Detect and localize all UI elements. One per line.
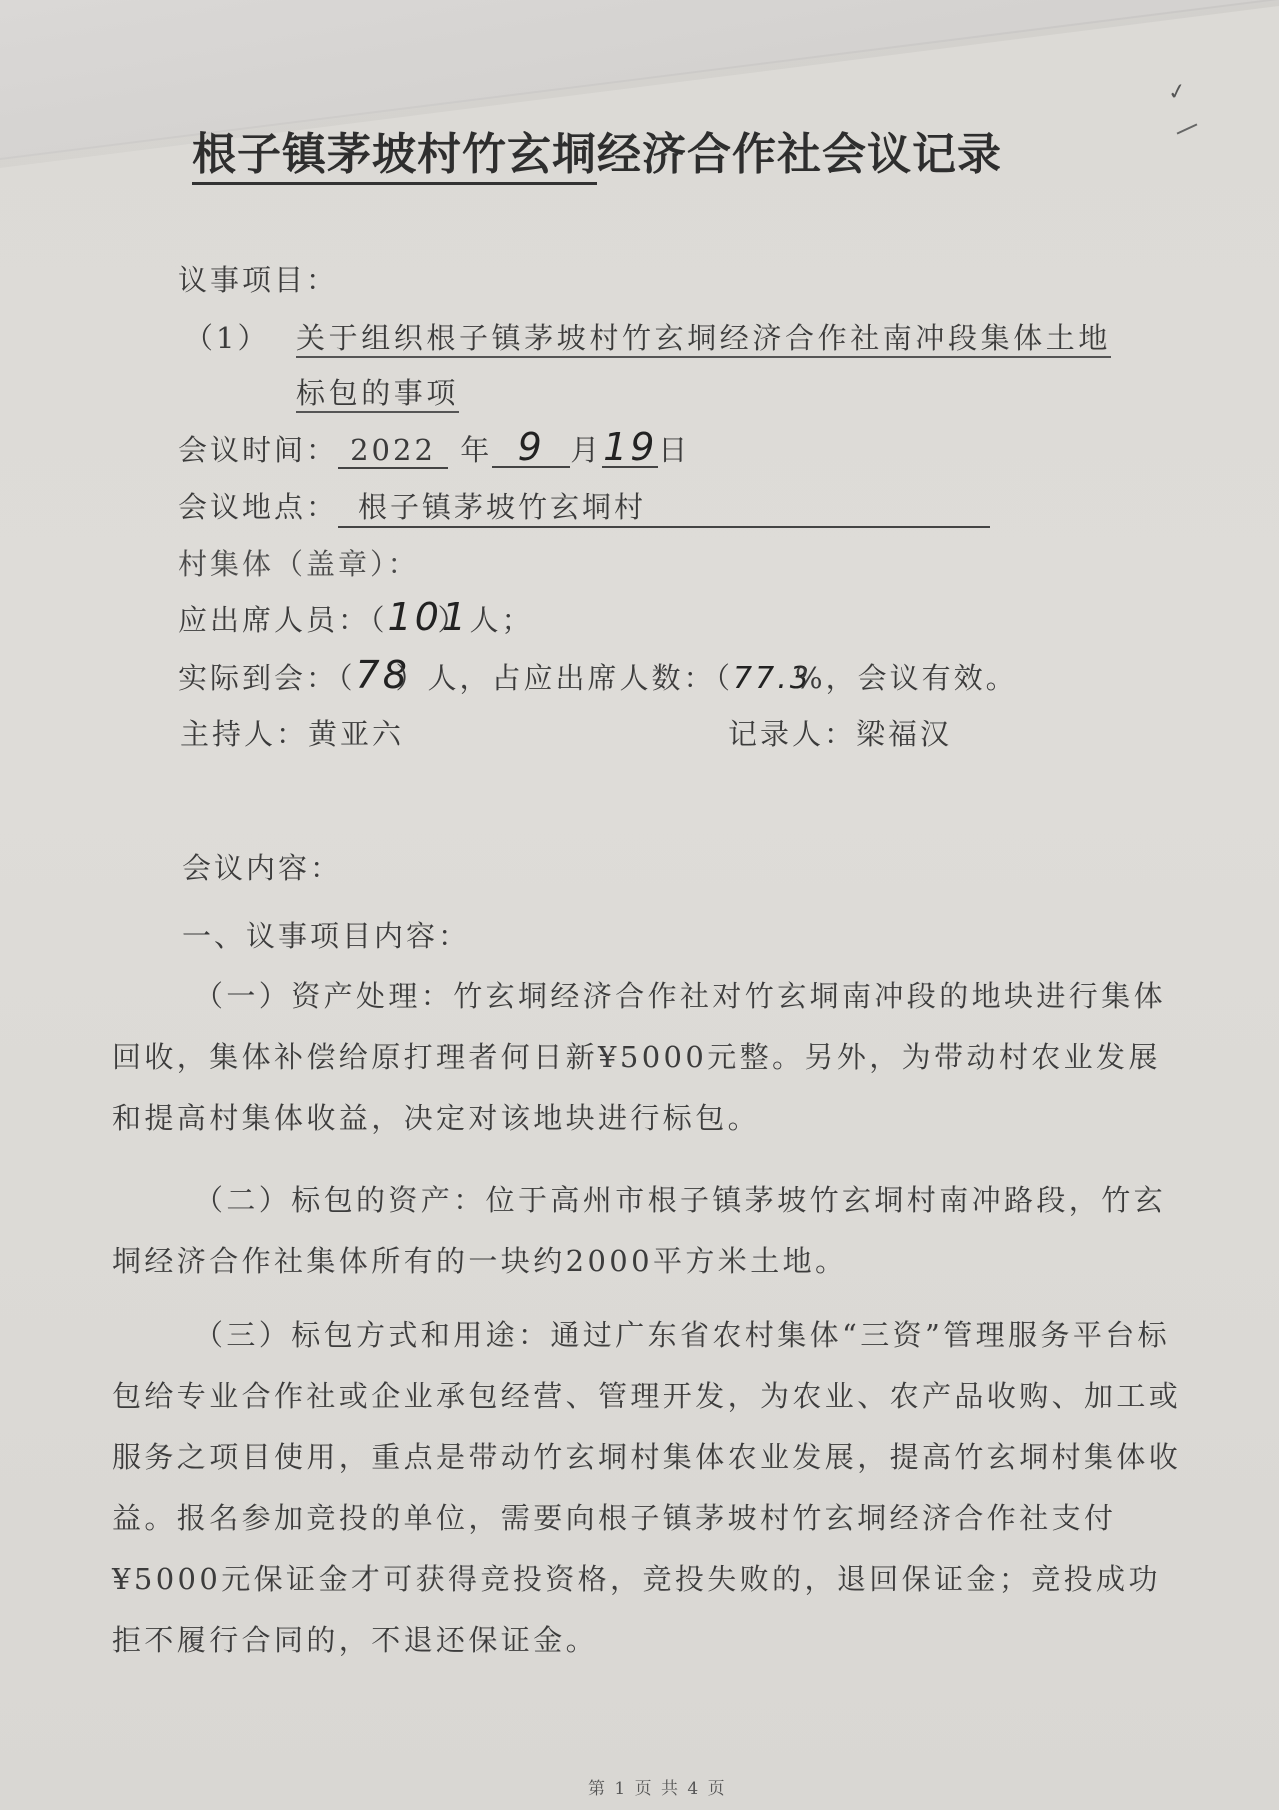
recorder-label: 记录人： xyxy=(728,717,856,751)
page-number: 第 1 页 共 4 页 xyxy=(588,1774,727,1799)
meeting-place-row: 会议地点：根子镇茅坡竹玄垌村 xyxy=(178,485,990,528)
month-unit: 月 xyxy=(570,433,602,467)
paragraph-asset-disposal: （一）资产处理：竹玄垌经济合作社对竹玄垌南冲段的地块进行集体回收，集体补偿给原打… xyxy=(112,966,1192,1149)
collective-seal-label: 村集体（盖章）： xyxy=(178,542,420,583)
document-page: ✓ 根子镇茅坡村竹玄垌经济合作社会议记录 议事项目： （1） 关于组织根子镇茅坡… xyxy=(0,0,1279,1810)
title-underlined-part: 根子镇茅坡村竹玄垌 xyxy=(192,129,597,185)
meeting-month: 9 xyxy=(492,428,570,468)
host-label: 主持人： xyxy=(180,717,308,751)
actual-label: 实际到会：（ xyxy=(178,661,356,695)
meeting-place: 根子镇茅坡竹玄垌村 xyxy=(338,485,990,528)
document-title: 根子镇茅坡村竹玄垌经济合作社会议记录 xyxy=(192,118,1002,182)
actual-suffix: ）人，占应出席人数：（ xyxy=(396,661,734,695)
expected-attendees-row: 应出席人员：（101）人； xyxy=(178,598,534,639)
host-row: 主持人：黄亚六 xyxy=(180,712,404,753)
recorder-name: 梁福汉 xyxy=(856,717,952,751)
host-name: 黄亚六 xyxy=(308,717,404,751)
paragraph-bid-asset: （二）标包的资产：位于高州市根子镇茅坡竹玄垌村南冲路段，竹玄垌经济合作社集体所有… xyxy=(112,1170,1192,1292)
meeting-day: 19 xyxy=(602,428,658,468)
recorder-row: 记录人：梁福汉 xyxy=(728,712,952,753)
expected-count: 101 xyxy=(388,598,438,636)
checkmark-icon: ✓ xyxy=(1166,79,1188,107)
agenda-item-line2: 标包的事项 xyxy=(296,371,459,412)
meeting-time-row: 会议时间：2022 年9月19日 xyxy=(178,428,690,469)
agenda-item-line1: 关于组织根子镇茅坡村竹玄垌经济合作社南冲段集体土地 xyxy=(296,316,1111,357)
meeting-place-label: 会议地点： xyxy=(178,490,338,524)
attendance-percent: 77.3 xyxy=(733,664,795,694)
meeting-time-label: 会议时间： xyxy=(178,433,338,467)
day-unit: 日 xyxy=(658,433,690,467)
content-heading: 会议内容： xyxy=(182,846,342,887)
section-heading: 一、议事项目内容： xyxy=(182,914,470,955)
title-rest: 经济合作社会议记录 xyxy=(597,129,1002,180)
pen-stroke-mark xyxy=(1177,123,1198,134)
meeting-year: 2022 xyxy=(338,433,448,469)
actual-count: 78 xyxy=(356,656,396,694)
agenda-label: 议事项目： xyxy=(178,258,338,299)
expected-suffix: ）人； xyxy=(438,603,534,637)
expected-label: 应出席人员：（ xyxy=(178,603,388,637)
actual-attendees-row: 实际到会：（78）人，占应出席人数：（77.3%，会议有效。 xyxy=(178,656,1018,697)
year-unit: 年 xyxy=(460,433,492,467)
percent-suffix: %，会议有效。 xyxy=(795,661,1018,695)
agenda-item-number: （1） xyxy=(184,316,269,357)
paragraph-bid-method: （三）标包方式和用途：通过广东省农村集体“三资”管理服务平台标包给专业合作社或企… xyxy=(112,1305,1192,1671)
